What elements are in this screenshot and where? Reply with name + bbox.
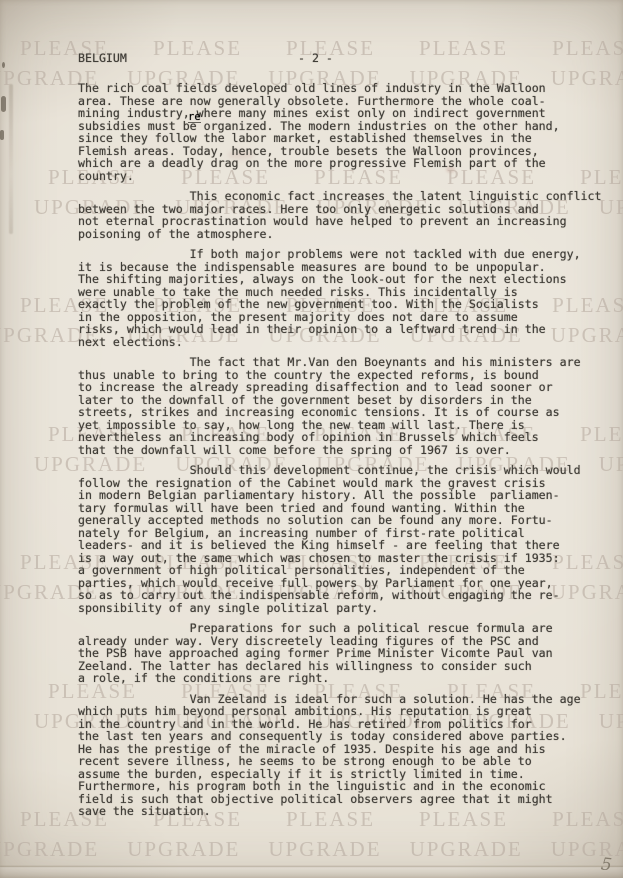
paragraph: The fact that Mr.Van den Boeynants and h…: [78, 356, 617, 456]
paragraph: Preparations for such a political rescue…: [78, 622, 617, 685]
text-line: since they follow the labor market, esta…: [78, 132, 617, 145]
paragraph: The rich coal fields developed old lines…: [78, 82, 617, 182]
text-line: that the downfall will come before the s…: [78, 444, 617, 457]
document-body: The rich coal fields developed old lines…: [78, 82, 617, 818]
text-line: a role, if the conditions are right.: [78, 672, 617, 685]
text-line: nevertheless an increasing body of opini…: [78, 431, 617, 444]
text-line: country.: [78, 170, 617, 183]
text-line: streets, strikes and increasing economic…: [78, 406, 617, 419]
text-line: generally accepted methods no solution c…: [78, 514, 617, 527]
text-line: leaders- and it is believed the King him…: [78, 539, 617, 552]
text-line: The shifting majorities, always on the l…: [78, 273, 617, 286]
text-line: Furthermore, his program both in the lin…: [78, 780, 617, 793]
text-line: If both major problems were not tackled …: [78, 248, 617, 261]
typed-correction-insertion: re: [188, 112, 201, 123]
handwritten-page-number: 5: [600, 854, 613, 875]
text-line: mining industry, where many mines exist …: [78, 107, 617, 120]
text-line: which puts him beyond personal ambitions…: [78, 705, 617, 718]
text-line: risks, which would lead in their opinion…: [78, 323, 617, 336]
header-country-title: BELGIUM: [78, 51, 127, 65]
text-line: poisoning of the atmosphere.: [78, 228, 617, 241]
text-line: a government of high political personali…: [78, 564, 617, 577]
document-content: BELGIUM - 2 - The rich coal fields devel…: [0, 0, 623, 878]
text-line: not eternal procrastination would have h…: [78, 215, 617, 228]
paragraph: This economic fact increases the latent …: [78, 190, 617, 240]
text-line: sponsibility of any single politizal par…: [78, 602, 617, 615]
text-line: exactly the problem of the new governmen…: [78, 298, 617, 311]
text-line: to increase the already spreading disaff…: [78, 381, 617, 394]
text-line: Should this development continue, the cr…: [78, 464, 617, 477]
paragraph: If both major problems were not tackled …: [78, 248, 617, 348]
page-number: - 2 -: [298, 52, 333, 65]
document-header: BELGIUM - 2 -: [78, 52, 617, 65]
paragraph: Van Zeeland is ideal for such a solution…: [78, 693, 617, 818]
text-line: The fact that Mr.Van den Boeynants and h…: [78, 356, 617, 369]
text-line: next elections.: [78, 336, 617, 349]
text-line: save the situation.: [78, 805, 617, 818]
text-line: the last ten years and consequently is t…: [78, 730, 617, 743]
text-line: which are a deadly drag on the more prog…: [78, 157, 617, 170]
text-line: This economic fact increases the latent …: [78, 190, 617, 203]
text-line: the PSB have approached aging former Pri…: [78, 647, 617, 660]
text-line: recent severe illness, he seems to be st…: [78, 755, 617, 768]
text-line: so as to carry out the indispensable ref…: [78, 589, 617, 602]
scanned-document-page: PLEASEPLEASEPLEASEPLEASEPLEASEPLEASEUPGR…: [0, 0, 623, 878]
text-line: in modern Belgian parliamentary history.…: [78, 489, 617, 502]
paragraph: Should this development continue, the cr…: [78, 464, 617, 614]
text-line: The rich coal fields developed old lines…: [78, 82, 617, 95]
text-line: Preparations for such a political rescue…: [78, 622, 617, 635]
